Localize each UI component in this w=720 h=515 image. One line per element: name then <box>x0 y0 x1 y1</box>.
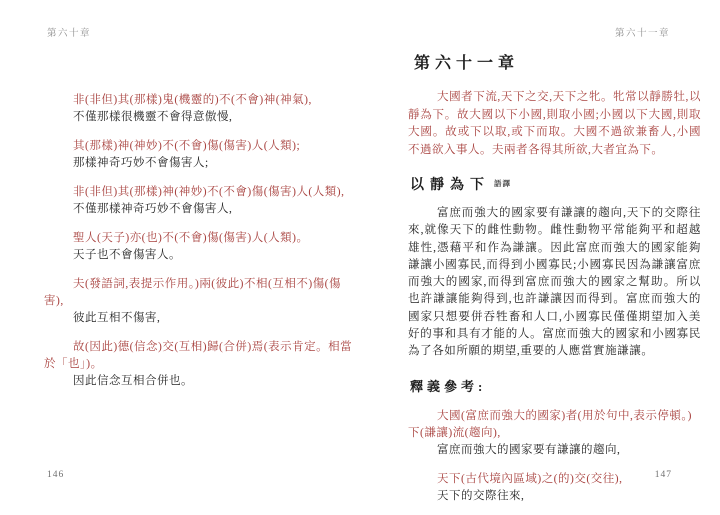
gloss-main-text: 其(那樣 <box>118 94 158 106</box>
gloss-main-text: 其(那樣 <box>73 140 113 152</box>
gloss-main-text: 不(不會 <box>207 186 247 198</box>
translation-line: 不僅那樣很機靈不會得意傲慢, <box>44 109 358 126</box>
annotated-line: 故(因此)德(信念)交(互相)歸(合併)焉(表示肯定。相當於「也」)。 <box>44 339 358 373</box>
gloss-main-text: 傷(傷害 <box>207 232 247 244</box>
gloss-main-text: 神(神妙 <box>118 140 158 152</box>
gloss-main-text: 其(那樣 <box>118 186 158 198</box>
left-page-content: 非(非但)其(那樣)鬼(機靈的)不(不會)神(神氣),不僅那樣很機靈不會得意傲慢… <box>44 92 358 402</box>
page-number-left: 146 <box>47 470 64 480</box>
gloss-main-text: 鬼(機靈的 <box>162 94 214 106</box>
annotated-line: 聖人(天子)亦(也)不(不會)傷(傷害)人(人類)。 <box>44 230 358 247</box>
running-header-left: 第六十章 <box>47 25 91 39</box>
gloss-main-text: , <box>341 186 344 198</box>
gloss-main-text: 之(的 <box>542 473 570 485</box>
gloss-main-text: 亦(也 <box>130 232 158 244</box>
gloss-main-text: 夫(發語詞,表提示作用。 <box>73 278 195 290</box>
gloss-main-text: 大國(富庶而強大的國家 <box>437 410 561 422</box>
gloss-main-text: 人(人類 <box>252 140 292 152</box>
gloss-main-text: 不(不會 <box>219 94 259 106</box>
gloss-main-text: 歸(合併 <box>207 341 247 353</box>
gloss-main-text: 傷(傷害 <box>252 186 292 198</box>
gloss-main-text: 。 <box>296 232 308 244</box>
section-tag-label: 語譯 <box>494 178 511 189</box>
annotated-line: 夫(發語詞,表提示作用。)兩(彼此)不相(互相不)傷(傷害), <box>44 276 358 310</box>
gloss-reference-heading: 釋義參考: <box>410 376 701 395</box>
section-heading: 以靜為下 <box>410 174 490 194</box>
annotated-line: 其(那樣)神(神妙)不(不會)傷(傷害)人(人類); <box>44 138 358 155</box>
gloss-block: 故(因此)德(信念)交(互相)歸(合併)焉(表示肯定。相當於「也」)。因此信念互… <box>44 339 358 390</box>
chapter-title: 第六十一章 <box>414 50 701 73</box>
gloss-main-text: 德(信念 <box>118 341 158 353</box>
book-spread: 第六十章 第六十一章 非(非但)其(那樣)鬼(機靈的)不(不會)神(神氣),不僅… <box>0 0 720 515</box>
gloss-main-text: 非(非但 <box>73 186 113 198</box>
gloss-main-text: ; <box>296 140 300 152</box>
annotated-line: 非(非但)其(那樣)神(神妙)不(不會)傷(傷害)人(人類), <box>44 184 358 201</box>
gloss-block: 非(非但)其(那樣)神(神妙)不(不會)傷(傷害)人(人類),不僅那樣神奇巧妙不… <box>44 184 358 218</box>
gloss-main-text: , <box>497 427 500 439</box>
translation-paragraph: 富庶而強大的國家要有謙讓的趨向,天下的交際往來,就像天下的雌性動物。雌性動物平常… <box>408 205 701 361</box>
section-heading-row: 以靜為下 語譯 <box>410 174 701 194</box>
gloss-main-text: 不(不會 <box>162 232 202 244</box>
gloss-main-text: 天下(古代境內區域 <box>437 473 537 485</box>
gloss-main-text: 者(用於句中,表示停頓。 <box>566 410 688 422</box>
gloss-main-text: 非(非但 <box>73 94 113 106</box>
translation-line: 那樣神奇巧妙不會傷害人; <box>44 155 358 172</box>
gloss-block: 非(非但)其(那樣)鬼(機靈的)不(不會)神(神氣),不僅那樣很機靈不會得意傲慢… <box>44 92 358 126</box>
gloss-main-text: 傷(傷害 <box>207 140 247 152</box>
gloss-main-text: 神(神妙 <box>162 186 202 198</box>
running-header-right: 第六十一章 <box>615 25 670 39</box>
gloss-main-text: ) <box>688 410 692 422</box>
gloss-main-text: 神(神氣 <box>264 94 304 106</box>
right-page-content: 第六十一章 大國者下流,天下之交,天下之牝。牝常以靜勝牡,以靜為下。故大國以下小… <box>408 50 701 515</box>
page-number-right: 147 <box>655 470 672 480</box>
translation-line: 富庶而強大的國家要有謙讓的趨向, <box>408 442 701 459</box>
translation-line: 因此信念互相合併也。 <box>44 373 358 390</box>
gloss-block: 夫(發語詞,表提示作用。)兩(彼此)不相(互相不)傷(傷害),彼此互相不傷害, <box>44 276 358 327</box>
gloss-main-text: 交(互相 <box>162 341 202 353</box>
gloss-block: 聖人(天子)亦(也)不(不會)傷(傷害)人(人類)。天子也不會傷害人。 <box>44 230 358 264</box>
gloss-main-text: 下(謙讓 <box>408 427 448 439</box>
original-text-paragraph: 大國者下流,天下之交,天下之牝。牝常以靜勝牡,以靜為下。故大國以下小國,則取小國… <box>408 89 701 159</box>
gloss-main-text: , <box>619 473 622 485</box>
left-gloss-blocks: 非(非但)其(那樣)鬼(機靈的)不(不會)神(神氣),不僅那樣很機靈不會得意傲慢… <box>44 92 358 390</box>
translation-line: 天下的交際往來, <box>408 488 701 505</box>
gloss-block: 其(那樣)神(神妙)不(不會)傷(傷害)人(人類);那樣神奇巧妙不會傷害人; <box>44 138 358 172</box>
translation-line: 不僅那樣神奇巧妙不會傷害人, <box>44 201 358 218</box>
gloss-main-text: 兩(彼此 <box>199 278 239 290</box>
translation-line: 彼此互相不傷害, <box>44 310 358 327</box>
gloss-main-text: 流(趨向 <box>453 427 493 439</box>
gloss-main-text: 不相(互相不 <box>244 278 308 290</box>
translation-line: 天子也不會傷害人。 <box>44 247 358 264</box>
gloss-block: 大國(富庶而強大的國家)者(用於句中,表示停頓。)下(謙讓)流(趨向),富庶而強… <box>408 408 701 459</box>
gloss-main-text: 故(因此 <box>73 341 113 353</box>
annotated-line: 大國(富庶而強大的國家)者(用於句中,表示停頓。)下(謙讓)流(趨向), <box>408 408 701 442</box>
gloss-main-text: 。 <box>91 358 103 370</box>
annotated-line: 非(非但)其(那樣)鬼(機靈的)不(不會)神(神氣), <box>44 92 358 109</box>
gloss-main-text: 人(人類 <box>252 232 292 244</box>
gloss-main-text: 交(交往 <box>574 473 614 485</box>
gloss-main-text: , <box>308 94 311 106</box>
gloss-main-text: 不(不會 <box>162 140 202 152</box>
gloss-main-text: , <box>60 295 63 307</box>
right-gloss-blocks: 大國(富庶而強大的國家)者(用於句中,表示停頓。)下(謙讓)流(趨向),富庶而強… <box>408 408 701 505</box>
gloss-main-text: 人(人類 <box>296 186 336 198</box>
gloss-main-text: 聖人(天子 <box>73 232 125 244</box>
